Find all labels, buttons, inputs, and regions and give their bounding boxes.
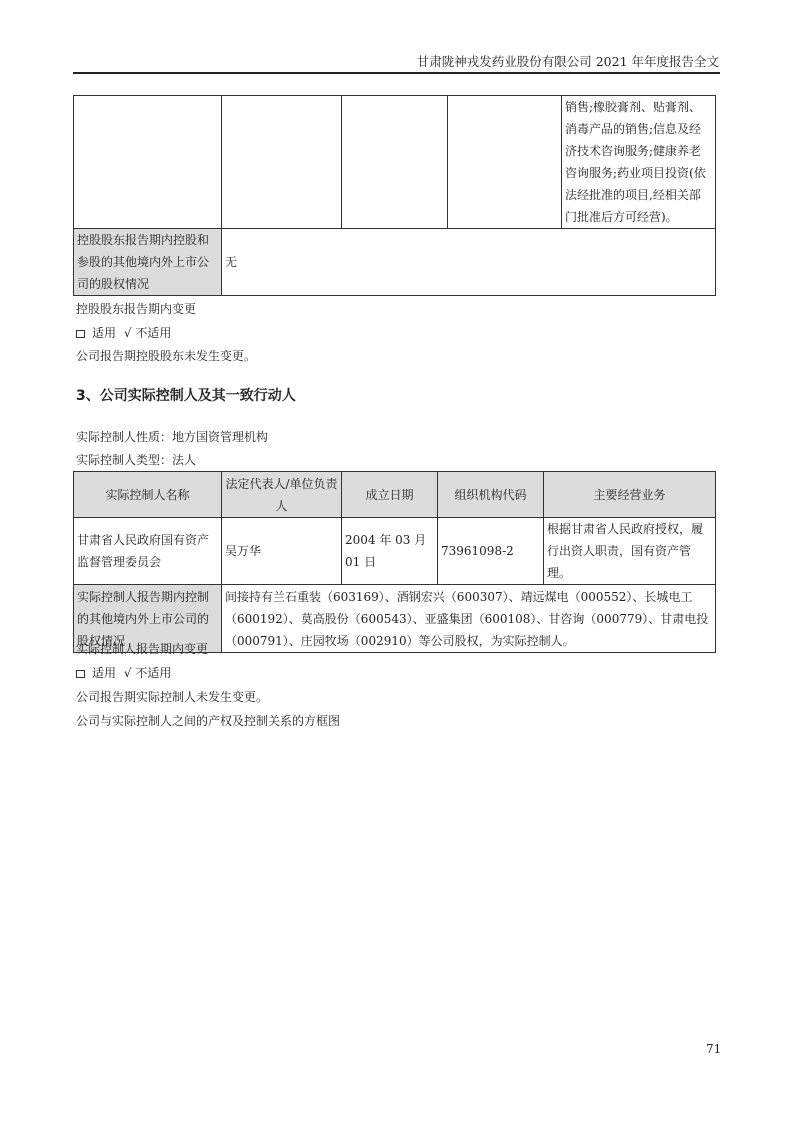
page-number: 71 xyxy=(706,1042,721,1056)
table-row: 甘肃省人民政府国有资产监督管理委员会 吴万华 2004 年 03 月 01 日 … xyxy=(74,518,716,585)
controlling-shareholder-change-statement: 公司报告期控股股东未发生变更。 xyxy=(76,347,256,364)
applicability-line: 适用 √ 不适用 xyxy=(76,324,171,341)
applicable-label: 适用 xyxy=(92,666,116,680)
header-divider xyxy=(73,72,720,74)
other-holdings-value: 无 xyxy=(222,229,716,296)
not-applicable-label: 不适用 xyxy=(135,666,171,680)
not-applicable-label: 不适用 xyxy=(135,326,171,340)
check-mark-icon: √ xyxy=(124,326,132,340)
business-scope-cell: 销售;橡胶膏剂、贴膏剂、消毒产品的销售;信息及经济技术咨询服务;健康养老咨询服务… xyxy=(562,96,716,229)
checkbox-icon xyxy=(76,670,85,678)
actual-controller-change-heading: 实际控制人报告期内变更 xyxy=(76,640,208,657)
table-row: 销售;橡胶膏剂、贴膏剂、消毒产品的销售;信息及经济技术咨询服务;健康养老咨询服务… xyxy=(74,96,716,229)
control-diagram-caption: 公司与实际控制人之间的产权及控制关系的方框图 xyxy=(76,712,340,729)
column-header: 组织机构代码 xyxy=(438,472,544,518)
org-code-cell: 73961098-2 xyxy=(438,518,544,585)
report-header-title: 甘肃陇神戎发药业股份有限公司 2021 年年度报告全文 xyxy=(417,52,719,70)
table-cell xyxy=(342,96,448,229)
main-business-cell: 根据甘肃省人民政府授权，履行出资人职责，国有资产管理。 xyxy=(544,518,716,585)
table-cell xyxy=(222,96,342,229)
column-header: 法定代表人/单位负责人 xyxy=(222,472,342,518)
controller-nature: 实际控制人性质：地方国资管理机构 xyxy=(76,428,268,445)
actual-controller-change-statement: 公司报告期实际控制人未发生变更。 xyxy=(76,688,268,705)
column-header: 实际控制人名称 xyxy=(74,472,222,518)
other-holdings-value: 间接持有兰石重装（603169）、酒钢宏兴（600307）、靖远煤电（00055… xyxy=(222,585,716,653)
checkbox-icon xyxy=(76,330,85,338)
controller-type: 实际控制人类型：法人 xyxy=(76,451,196,468)
controller-name-cell: 甘肃省人民政府国有资产监督管理委员会 xyxy=(74,518,222,585)
legal-rep-cell: 吴万华 xyxy=(222,518,342,585)
table-cell xyxy=(448,96,562,229)
section-heading: 3、公司实际控制人及其一致行动人 xyxy=(76,385,296,405)
table-cell xyxy=(74,96,222,229)
table-row: 控股股东报告期内控股和参股的其他境内外上市公司的股权情况 无 xyxy=(74,229,716,296)
actual-controller-table: 实际控制人名称 法定代表人/单位负责人 成立日期 组织机构代码 主要经营业务 甘… xyxy=(73,471,716,653)
table-header-row: 实际控制人名称 法定代表人/单位负责人 成立日期 组织机构代码 主要经营业务 xyxy=(74,472,716,518)
other-holdings-label: 控股股东报告期内控股和参股的其他境内外上市公司的股权情况 xyxy=(74,229,222,296)
applicability-line: 适用 √ 不适用 xyxy=(76,664,171,681)
controlling-shareholder-table: 销售;橡胶膏剂、贴膏剂、消毒产品的销售;信息及经济技术咨询服务;健康养老咨询服务… xyxy=(73,95,716,296)
check-mark-icon: √ xyxy=(124,666,132,680)
column-header: 成立日期 xyxy=(342,472,438,518)
established-date-cell: 2004 年 03 月 01 日 xyxy=(342,518,438,585)
applicable-label: 适用 xyxy=(92,326,116,340)
column-header: 主要经营业务 xyxy=(544,472,716,518)
controlling-shareholder-change-heading: 控股股东报告期内变更 xyxy=(76,300,196,317)
